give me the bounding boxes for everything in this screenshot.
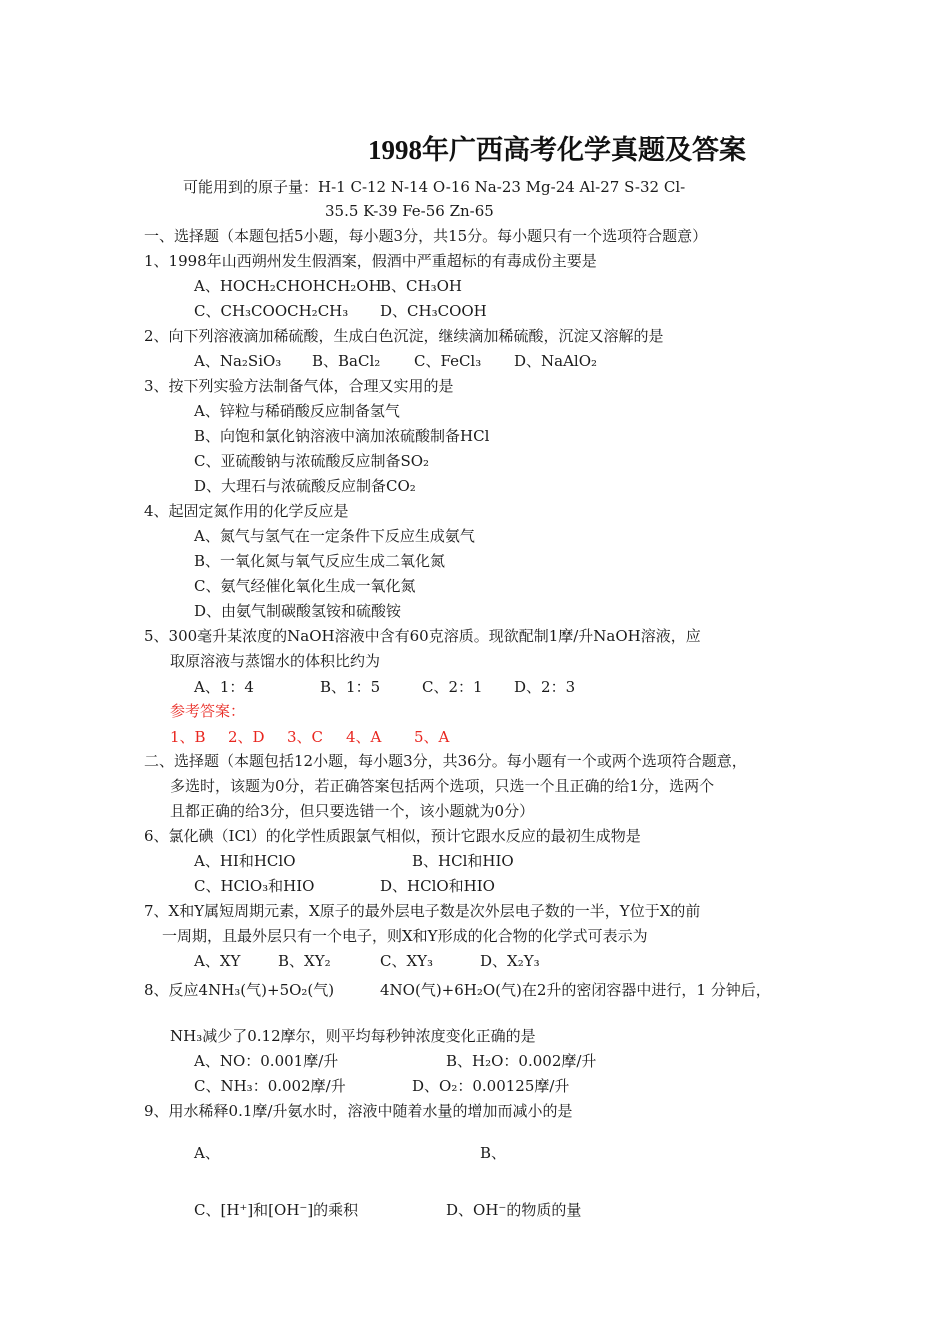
question-2-option-c: C、FeCl₃ bbox=[414, 351, 481, 371]
question-6-option-c: C、HClO₃和HIO bbox=[194, 876, 314, 896]
question-7-option-b: B、XY₂ bbox=[278, 951, 331, 971]
question-4-stem: 4、起固定氮作用的化学反应是 bbox=[144, 501, 349, 521]
question-7-stem-cont: 一周期，且最外层只有一个电子，则X和Y形成的化合物的化学式可表示为 bbox=[162, 926, 648, 946]
question-3-option-c: C、亚硫酸钠与浓硫酸反应制备SO₂ bbox=[194, 451, 429, 471]
question-7-option-c: C、XY₃ bbox=[380, 951, 433, 971]
answer-1: 1、B bbox=[170, 727, 206, 747]
question-3-option-d: D、大理石与浓硫酸反应制备CO₂ bbox=[194, 476, 416, 496]
answer-5: 5、A bbox=[414, 727, 449, 747]
answer-2: 2、D bbox=[228, 727, 265, 747]
question-6-option-d: D、HClO和HIO bbox=[380, 876, 495, 896]
question-9-option-b: B、 bbox=[480, 1143, 506, 1163]
question-8-option-b: B、H₂O：0.002摩/升 bbox=[446, 1051, 596, 1071]
question-1-option-b: B、CH₃OH bbox=[380, 276, 462, 296]
question-9-option-d: D、OH⁻的物质的量 bbox=[446, 1200, 581, 1220]
document-page: 1998年广西高考化学真题及答案 可能用到的原子量：H-1 C-12 N-14 … bbox=[0, 0, 949, 1344]
question-8-option-c: C、NH₃：0.002摩/升 bbox=[194, 1076, 346, 1096]
question-9-stem: 9、用水稀释0.1摩/升氨水时，溶液中随着水量的增加而减小的是 bbox=[144, 1101, 572, 1121]
question-5-stem-cont: 取原溶液与蒸馏水的体积比约为 bbox=[170, 651, 380, 671]
answer-3: 3、C bbox=[287, 727, 323, 747]
question-6-stem: 6、氯化碘（ICl）的化学性质跟氯气相似，预计它跟水反应的最初生成物是 bbox=[144, 826, 641, 846]
section-2-header-3: 且都正确的给3分，但只要选错一个，该小题就为0分） bbox=[170, 801, 534, 821]
question-1-option-d: D、CH₃COOH bbox=[380, 301, 487, 321]
page-title: 1998年广西高考化学真题及答案 bbox=[368, 128, 746, 167]
question-8-stem-products: 4NO(气)+6H₂O(气)在2升的密闭容器中进行，1 分钟后， bbox=[380, 980, 771, 1000]
section-2-header-1: 二、选择题（本题包括12小题，每小题3分，共36分。每小题有一个或两个选项符合题… bbox=[144, 751, 747, 771]
question-8-option-a: A、NO：0.001摩/升 bbox=[194, 1051, 338, 1071]
question-3-option-a: A、锌粒与稀硝酸反应制备氢气 bbox=[194, 401, 400, 421]
answer-4: 4、A bbox=[346, 727, 381, 747]
question-4-option-b: B、一氧化氮与氧气反应生成二氧化氮 bbox=[194, 551, 445, 571]
question-9-option-c: C、[H⁺]和[OH⁻]的乘积 bbox=[194, 1200, 358, 1220]
question-5-option-a: A、1：4 bbox=[194, 677, 254, 697]
section-2-header-2: 多选时，该题为0分，若正确答案包括两个选项，只选一个且正确的给1分，选两个 bbox=[170, 776, 714, 796]
question-8-option-d: D、O₂：0.00125摩/升 bbox=[412, 1076, 569, 1096]
question-2-option-b: B、BaCl₂ bbox=[312, 351, 380, 371]
question-3-stem: 3、按下列实验方法制备气体，合理又实用的是 bbox=[144, 376, 454, 396]
question-7-stem: 7、X和Y属短周期元素，X原子的最外层电子数是次外层电子数的一半，Y位于X的前 bbox=[144, 901, 700, 921]
question-9-option-a: A、 bbox=[194, 1143, 220, 1163]
question-1-option-a: A、HOCH₂CHOHCH₂OH bbox=[194, 276, 382, 296]
answer-label: 参考答案： bbox=[170, 701, 245, 721]
question-4-option-c: C、氨气经催化氧化生成一氧化氮 bbox=[194, 576, 415, 596]
question-2-option-a: A、Na₂SiO₃ bbox=[194, 351, 281, 371]
atomic-mass-line-1: 可能用到的原子量：H-1 C-12 N-14 O-16 Na-23 Mg-24 … bbox=[183, 177, 685, 197]
question-2-stem: 2、向下列溶液滴加稀硫酸，生成白色沉淀，继续滴加稀硫酸，沉淀又溶解的是 bbox=[144, 326, 664, 346]
question-6-option-a: A、HI和HClO bbox=[194, 851, 296, 871]
atomic-mass-line-2: 35.5 K-39 Fe-56 Zn-65 bbox=[325, 201, 494, 221]
question-6-option-b: B、HCl和HIO bbox=[412, 851, 514, 871]
question-1-stem: 1、1998年山西朔州发生假酒案，假酒中严重超标的有毒成份主要是 bbox=[144, 251, 597, 271]
question-3-option-b: B、向饱和氯化钠溶液中滴加浓硫酸制备HCl bbox=[194, 426, 489, 446]
question-5-stem: 5、300毫升某浓度的NaOH溶液中含有60克溶质。现欲配制1摩/升NaOH溶液… bbox=[144, 626, 701, 646]
question-5-option-d: D、2：3 bbox=[514, 677, 575, 697]
question-8-stem-cont: NH₃减少了0.12摩尔，则平均每秒钟浓度变化正确的是 bbox=[170, 1026, 536, 1046]
question-1-option-c: C、CH₃COOCH₂CH₃ bbox=[194, 301, 348, 321]
question-8-stem-reactants: 8、反应4NH₃(气)+5O₂(气) bbox=[144, 980, 334, 1000]
question-5-option-c: C、2：1 bbox=[422, 677, 483, 697]
question-7-option-d: D、X₂Y₃ bbox=[480, 951, 540, 971]
question-7-option-a: A、XY bbox=[194, 951, 240, 971]
question-4-option-a: A、氮气与氢气在一定条件下反应生成氨气 bbox=[194, 526, 475, 546]
question-2-option-d: D、NaAlO₂ bbox=[514, 351, 597, 371]
question-5-option-b: B、1：5 bbox=[320, 677, 380, 697]
section-1-header: 一、选择题（本题包括5小题，每小题3分，共15分。每小题只有一个选项符合题意） bbox=[144, 226, 707, 246]
question-4-option-d: D、由氨气制碳酸氢铵和硫酸铵 bbox=[194, 601, 401, 621]
